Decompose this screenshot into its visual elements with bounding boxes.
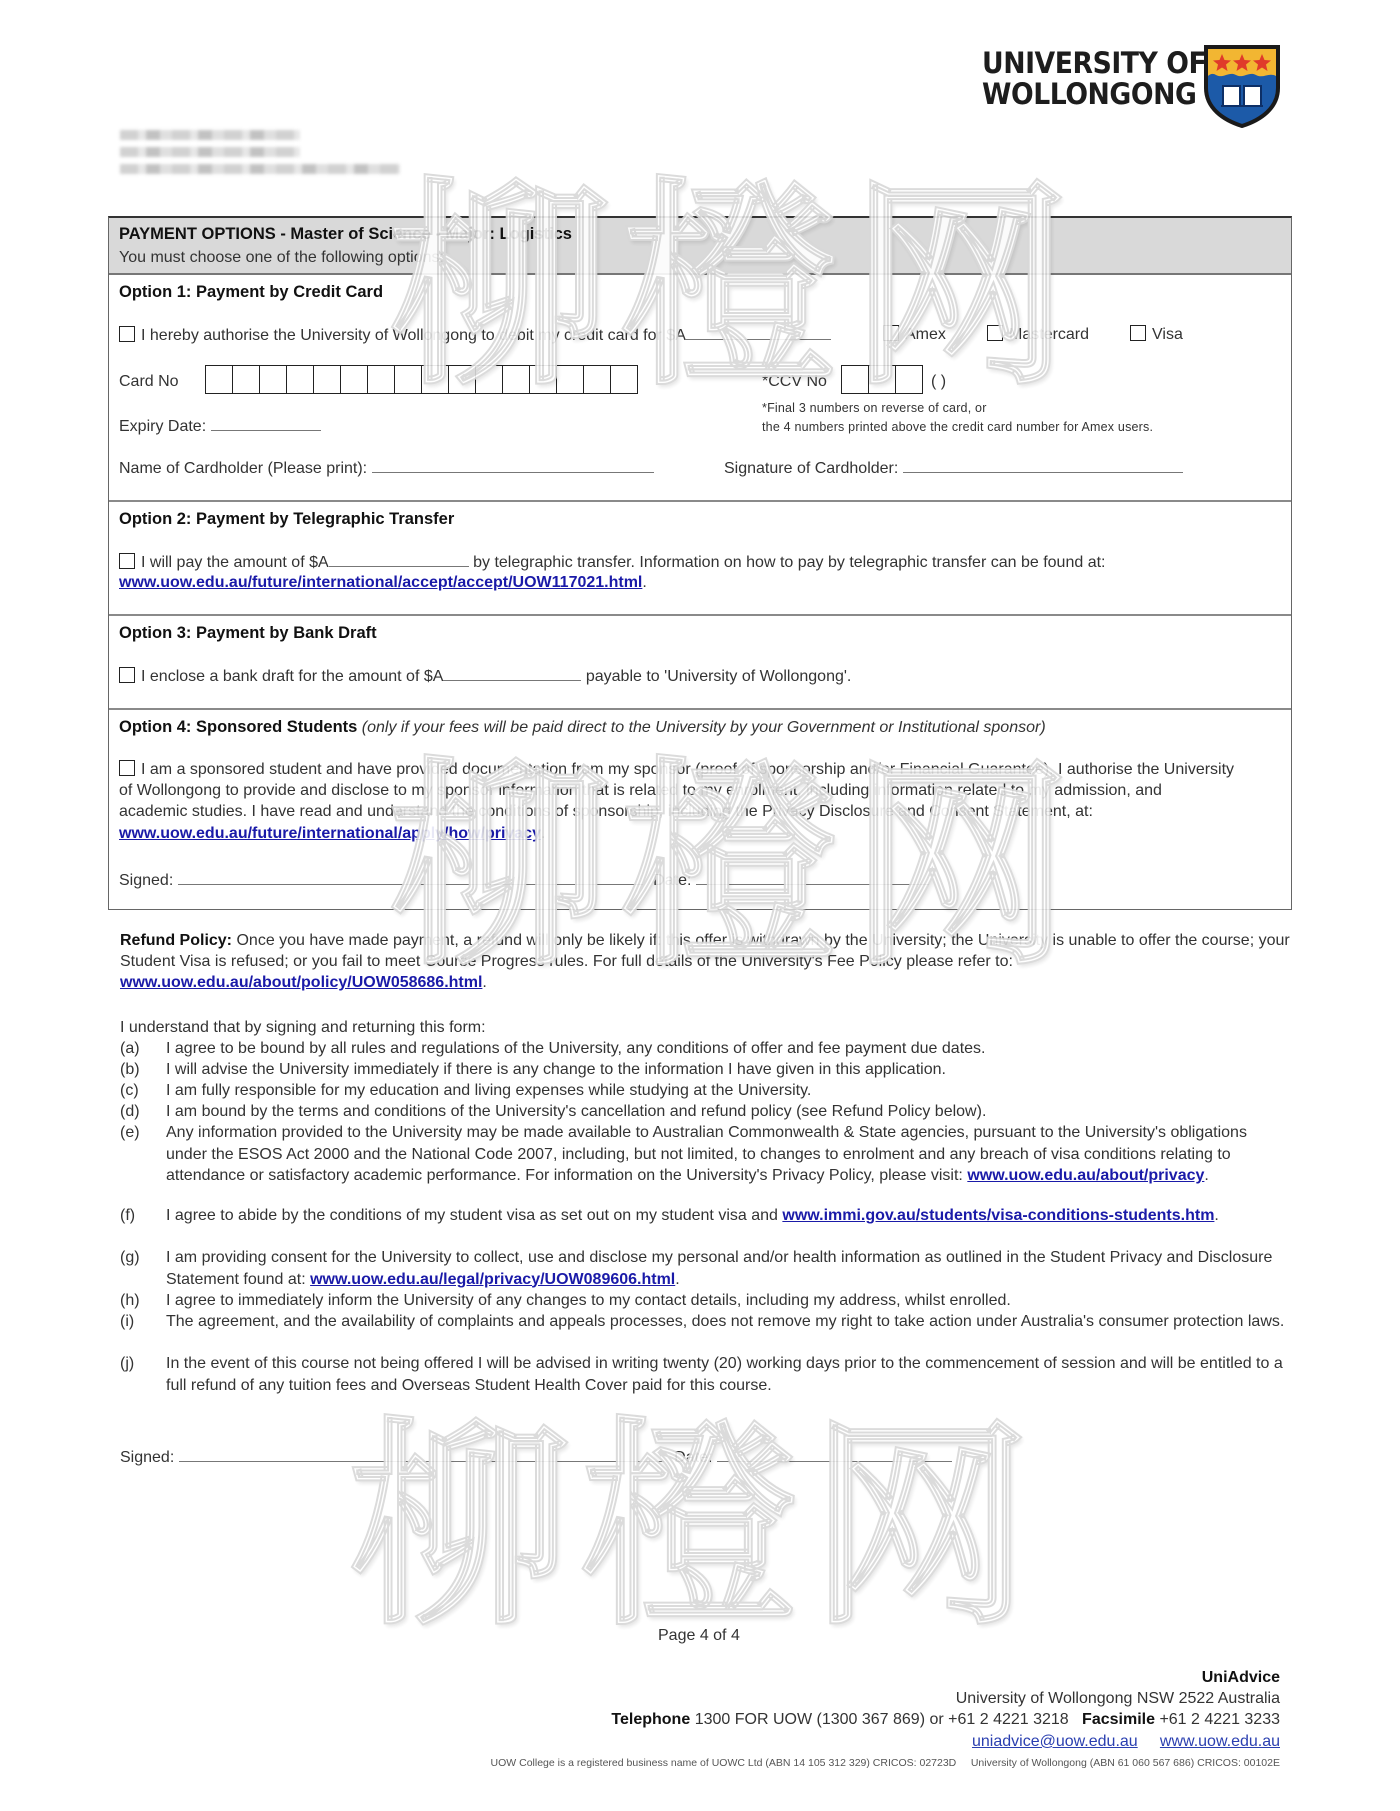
declaration-date-label: Date: [674, 1449, 712, 1466]
fax-number: +61 2 4221 3233 [1159, 1711, 1280, 1728]
declaration-item-text: I will advise the University immediately… [166, 1061, 946, 1078]
declaration-item-label: (a) [120, 1038, 140, 1060]
website-link[interactable]: www.uow.edu.au [1160, 1733, 1280, 1750]
telegraphic-transfer-link[interactable]: www.uow.edu.au/future/international/acce… [119, 574, 642, 591]
declaration-item: (h)I agree to immediately inform the Uni… [120, 1290, 1290, 1312]
declaration-item-label: (b) [120, 1059, 140, 1081]
ccv-extra: ( ) [931, 373, 946, 391]
logo-line-2: WOLLONGONG [982, 79, 1206, 110]
digit-box[interactable] [287, 366, 314, 393]
declaration-item-label: (c) [120, 1080, 139, 1102]
option1-checkbox[interactable] [119, 326, 135, 342]
ccv-note-2: the 4 numbers printed above the credit c… [762, 420, 1153, 434]
declaration-item-label: (g) [120, 1247, 140, 1269]
digit-box[interactable] [206, 366, 233, 393]
option4-signed-label: Signed: [119, 872, 173, 889]
payment-options-table: PAYMENT OPTIONS - Master of Science - Ma… [108, 216, 1292, 910]
digit-box[interactable] [341, 366, 368, 393]
telephone-label: Telephone [611, 1711, 690, 1728]
card-number-input[interactable] [205, 365, 638, 394]
option1-credit-card-section: Option 1: Payment by Credit Card I hereb… [109, 275, 1291, 502]
declaration-item-label: (j) [120, 1353, 134, 1375]
payment-options-subtitle: You must choose one of the following opt… [119, 246, 1281, 270]
declaration-intro: I understand that by signing and returni… [120, 1017, 1290, 1038]
cardholder-name-label: Name of Cardholder (Please print): [119, 460, 367, 477]
declaration-item-text: I am bound by the terms and conditions o… [166, 1103, 986, 1120]
recipient-address-redacted [120, 130, 400, 181]
option2-checkbox[interactable] [119, 553, 135, 569]
sponsor-privacy-link[interactable]: www.uow.edu.au/future/international/appl… [119, 825, 541, 842]
option2-heading: Option 2: Payment by Telegraphic Transfe… [119, 510, 454, 529]
declaration-item-text: The agreement, and the availability of c… [166, 1313, 1284, 1330]
declaration-item: (d)I am bound by the terms and condition… [120, 1101, 1290, 1123]
fee-policy-link[interactable]: www.uow.edu.au/about/policy/UOW058686.ht… [120, 974, 482, 991]
declaration-item-label: (e) [120, 1122, 140, 1144]
declaration-item: (c)I am fully responsible for my educati… [120, 1080, 1290, 1102]
footer-legal: UOW College is a registered business nam… [491, 1757, 1280, 1769]
digit-box[interactable] [611, 366, 637, 393]
card-no-label: Card No [119, 373, 179, 391]
visa-label: Visa [1152, 326, 1183, 343]
option3-bank-draft-section: Option 3: Payment by Bank Draft I enclos… [109, 616, 1291, 710]
mastercard-checkbox[interactable] [987, 325, 1003, 341]
amex-checkbox[interactable] [883, 325, 899, 341]
option2-text-after: by telegraphic transfer. Information on … [473, 554, 1105, 571]
option1-authorise-text: I hereby authorise the University of Wol… [141, 327, 686, 344]
option3-text-after: payable to 'University of Wollongong'. [586, 668, 852, 685]
digit-box[interactable] [314, 366, 341, 393]
option4-signature-field[interactable] [178, 870, 643, 885]
cardholder-signature-label: Signature of Cardholder: [724, 460, 898, 477]
payment-options-header: PAYMENT OPTIONS - Master of Science - Ma… [109, 218, 1291, 275]
digit-box[interactable] [233, 366, 260, 393]
option3-text-before: I enclose a bank draft for the amount of… [141, 668, 443, 685]
payment-options-title: PAYMENT OPTIONS - Master of Science - Ma… [119, 222, 1281, 246]
declaration-item-label: (i) [120, 1311, 134, 1333]
digit-box[interactable] [395, 366, 422, 393]
declaration-signature-field[interactable] [179, 1447, 664, 1462]
ccv-input[interactable] [841, 365, 923, 394]
expiry-date-field[interactable] [211, 416, 321, 431]
option4-date-label: Date: [653, 872, 691, 889]
digit-box[interactable] [896, 366, 922, 393]
digit-box[interactable] [503, 366, 530, 393]
telephone-number: 1300 FOR UOW (1300 367 869) or +61 2 422… [695, 1711, 1069, 1728]
declaration-item: (a)I agree to be bound by all rules and … [120, 1038, 1290, 1060]
declaration-item-text: I agree to be bound by all rules and reg… [166, 1040, 985, 1057]
declaration-item-label: (h) [120, 1290, 140, 1312]
declaration-item-link[interactable]: www.immi.gov.au/students/visa-conditions… [782, 1207, 1214, 1224]
footer-address: University of Wollongong NSW 2522 Austra… [956, 1690, 1280, 1708]
option2-telegraphic-transfer-section: Option 2: Payment by Telegraphic Transfe… [109, 502, 1291, 616]
page-number: Page 4 of 4 [658, 1627, 740, 1645]
digit-box[interactable] [260, 366, 287, 393]
digit-box[interactable] [476, 366, 503, 393]
option1-amount-field[interactable] [686, 325, 831, 340]
visa-checkbox[interactable] [1130, 325, 1146, 341]
digit-box[interactable] [449, 366, 476, 393]
digit-box[interactable] [584, 366, 611, 393]
cardholder-name-field[interactable] [372, 458, 654, 473]
declaration-date-field[interactable] [717, 1447, 952, 1462]
declaration-item-link[interactable]: www.uow.edu.au/legal/privacy/UOW089606.h… [310, 1271, 675, 1288]
option4-line-3: academic studies. I have read and unders… [119, 803, 1093, 821]
ccv-note-1: *Final 3 numbers on reverse of card, or [762, 401, 987, 415]
declaration-item-text: I am fully responsible for my education … [166, 1082, 811, 1099]
footer-links: uniadvice@uow.edu.au www.uow.edu.au [972, 1733, 1280, 1751]
declaration-signed-label: Signed: [120, 1449, 174, 1466]
declaration-item-label: (f) [120, 1205, 135, 1227]
watermark-bottom: 柳橙网 [350, 1350, 1040, 1666]
refund-policy-label: Refund Policy: [120, 932, 232, 949]
declaration-item: (i)The agreement, and the availability o… [120, 1311, 1290, 1333]
option4-date-field[interactable] [696, 870, 929, 885]
refund-policy-text: Once you have made payment, a refund wil… [120, 932, 1290, 970]
mastercard-label: Mastercard [1009, 326, 1089, 343]
cardholder-signature-field[interactable] [903, 458, 1183, 473]
university-logo-text: UNIVERSITY OF WOLLONGONG [982, 48, 1206, 110]
option4-line-1: I am a sponsored student and have provid… [141, 761, 1234, 778]
digit-box[interactable] [368, 366, 395, 393]
digit-box[interactable] [869, 366, 896, 393]
logo-line-1: UNIVERSITY OF [982, 48, 1206, 79]
email-link[interactable]: uniadvice@uow.edu.au [972, 1733, 1138, 1750]
option2-amount-field[interactable] [329, 552, 469, 567]
option3-amount-field[interactable] [443, 666, 581, 681]
footer-org: UniAdvice [1202, 1669, 1280, 1687]
declaration-item-text: In the event of this course not being of… [166, 1355, 1283, 1394]
option4-heading: Option 4: Sponsored Students [119, 718, 357, 736]
declaration-item-text: I agree to abide by the conditions of my… [166, 1207, 778, 1224]
declaration-item: (e)Any information provided to the Unive… [120, 1122, 1290, 1187]
declaration-item-label: (d) [120, 1101, 140, 1123]
declaration-item-link[interactable]: www.uow.edu.au/about/privacy [967, 1167, 1204, 1184]
option3-checkbox[interactable] [119, 667, 135, 683]
digit-box[interactable] [530, 366, 557, 393]
option4-sponsored-section: Option 4: Sponsored Students (only if yo… [109, 710, 1291, 909]
option4-heading-note: (only if your fees will be paid direct t… [362, 719, 1046, 736]
option2-text-before: I will pay the amount of $A [141, 554, 329, 571]
uow-shield-crest-icon [1203, 44, 1281, 128]
declaration-item: (b)I will advise the University immediat… [120, 1059, 1290, 1081]
footer-contact: Telephone 1300 FOR UOW (1300 367 869) or… [611, 1711, 1280, 1729]
declaration-item: (j)In the event of this course not being… [120, 1353, 1290, 1396]
digit-box[interactable] [422, 366, 449, 393]
declaration-item-text: I agree to immediately inform the Univer… [166, 1292, 1011, 1309]
declaration-item: (f)I agree to abide by the conditions of… [120, 1205, 1290, 1227]
fax-label: Facsimile [1082, 1711, 1155, 1728]
option4-checkbox[interactable] [119, 760, 135, 776]
declaration-item: (g)I am providing consent for the Univer… [120, 1247, 1290, 1290]
expiry-label: Expiry Date: [119, 418, 206, 435]
option4-line-2: of Wollongong to provide and disclose to… [119, 782, 1162, 800]
amex-label: Amex [905, 326, 946, 343]
ccv-label: *CCV No [762, 373, 827, 391]
refund-policy: Refund Policy: Once you have made paymen… [120, 930, 1290, 993]
digit-box[interactable] [557, 366, 584, 393]
option3-heading: Option 3: Payment by Bank Draft [119, 624, 377, 643]
digit-box[interactable] [842, 366, 869, 393]
option1-heading: Option 1: Payment by Credit Card [119, 283, 383, 302]
